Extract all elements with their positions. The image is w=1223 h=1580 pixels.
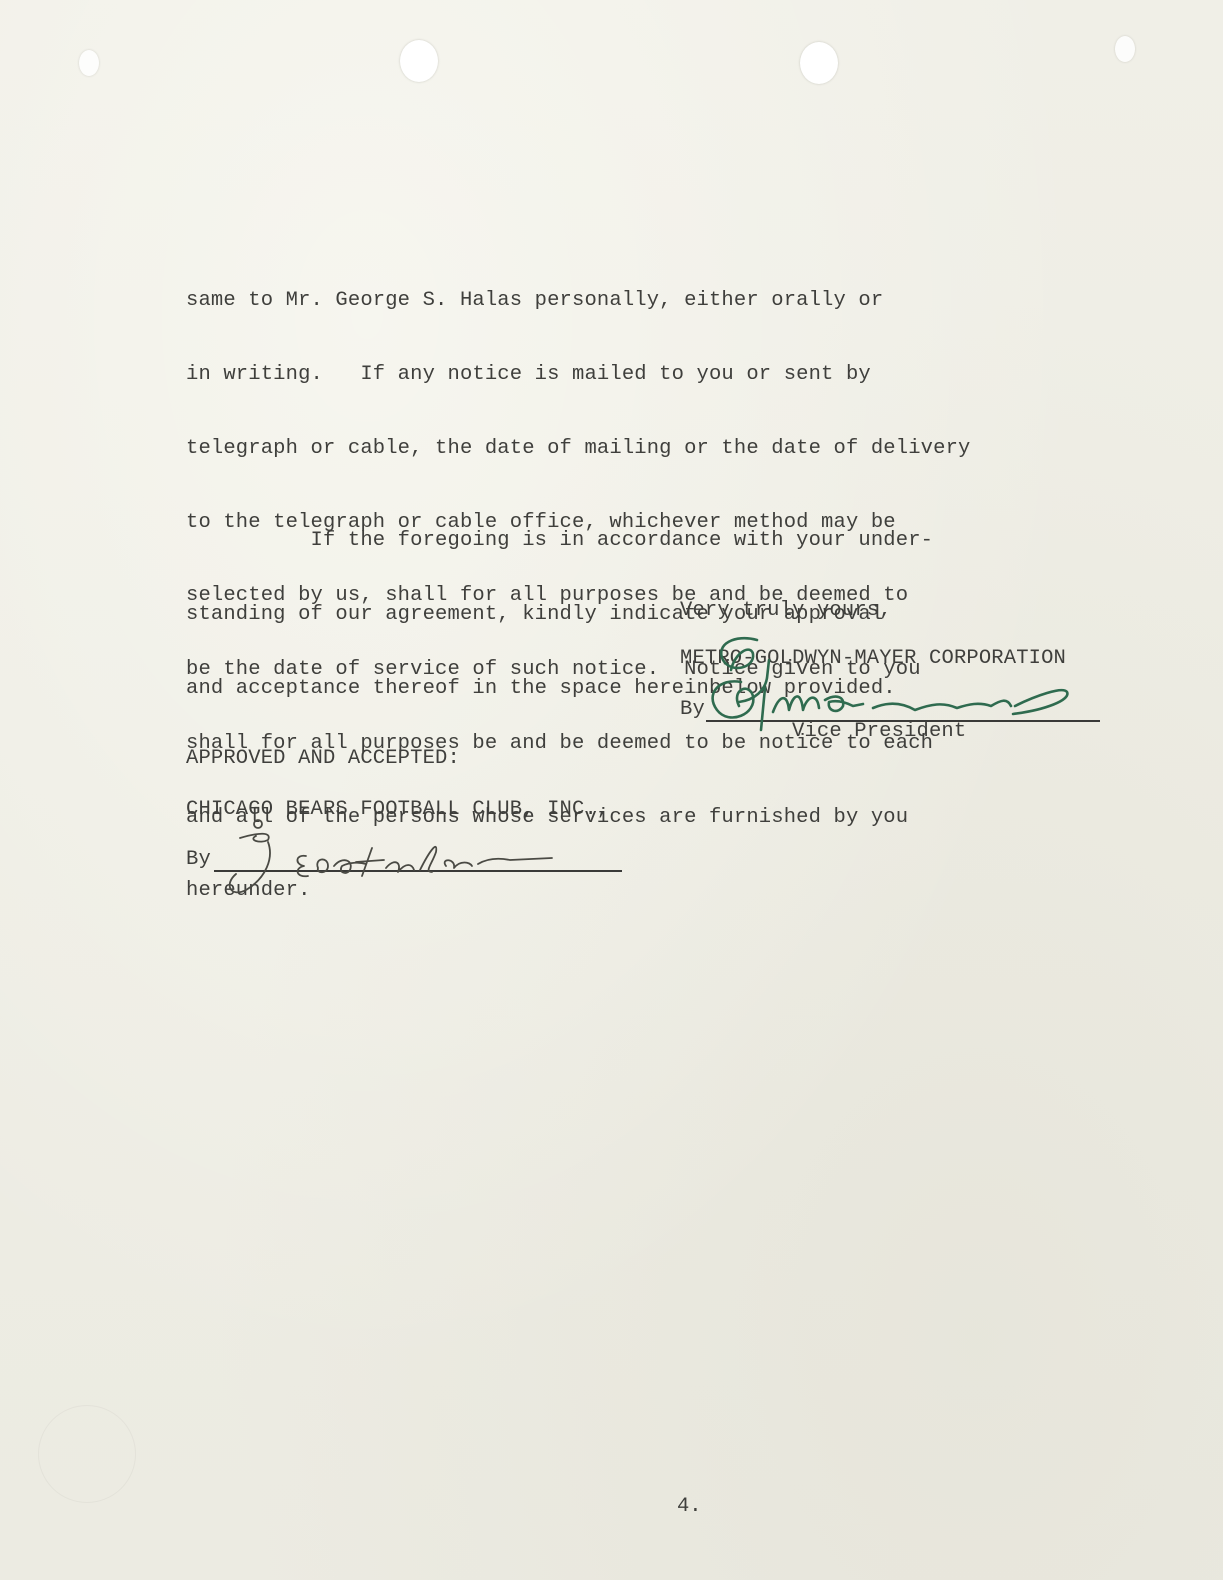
mgm-handwritten-signature <box>695 630 1105 740</box>
text-line: same to Mr. George S. Halas personally, … <box>186 289 970 314</box>
text-line: in writing. If any notice is mailed to y… <box>186 363 970 388</box>
acceptance-by-label: By <box>186 848 211 873</box>
document-page: same to Mr. George S. Halas personally, … <box>0 0 1223 1580</box>
text-line: telegraph or cable, the date of mailing … <box>186 437 970 462</box>
punch-hole-center-left <box>400 40 438 82</box>
bears-handwritten-signature <box>210 818 590 898</box>
faint-embossed-stamp <box>38 1405 136 1503</box>
text-line: If the foregoing is in accordance with y… <box>186 529 933 554</box>
punch-hole-center-right <box>800 42 838 84</box>
punch-hole-left <box>79 50 99 76</box>
punch-hole-right <box>1115 36 1135 62</box>
closing-salutation: Very truly yours, <box>680 599 892 624</box>
acceptance-heading: APPROVED AND ACCEPTED: <box>186 747 460 772</box>
page-number: 4. <box>677 1495 702 1518</box>
